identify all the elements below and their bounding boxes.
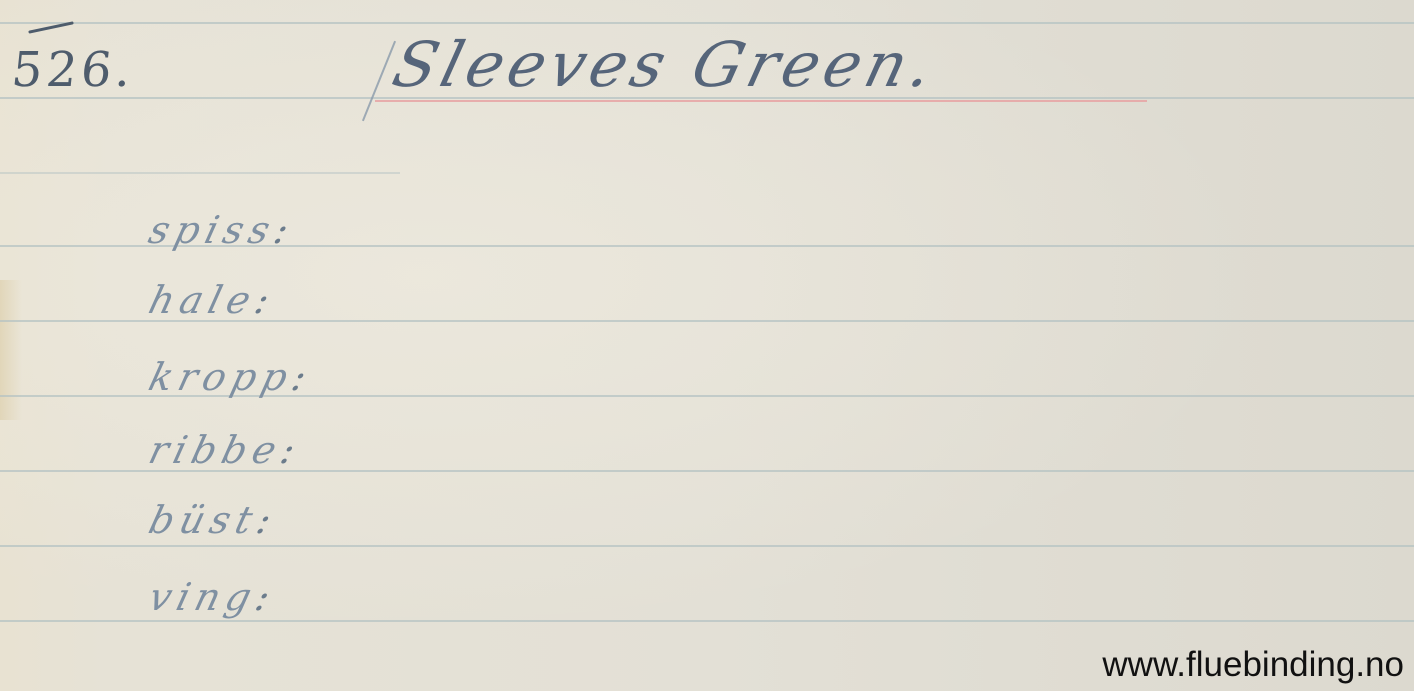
field-label-text: ving xyxy=(145,575,262,619)
ruled-line xyxy=(0,172,400,174)
field-label-hale: hale: xyxy=(145,278,281,322)
ruled-line xyxy=(0,620,1414,622)
website-watermark: www.fluebinding.no xyxy=(1102,645,1404,685)
field-label-text: büst xyxy=(145,498,264,542)
ruled-line xyxy=(0,22,1414,24)
field-label-bust: büst: xyxy=(145,498,282,542)
field-label-text: hale xyxy=(145,278,262,322)
field-label-spiss: spiss: xyxy=(145,208,300,252)
field-label-text: ribbe xyxy=(145,428,287,472)
ruled-line xyxy=(0,545,1414,547)
field-label-ribbe: ribbe: xyxy=(145,428,306,472)
field-label-kropp: kropp: xyxy=(145,355,318,399)
field-label-text: spiss xyxy=(145,208,281,252)
entry-number: 526. xyxy=(9,42,138,98)
notebook-page: 526. Sleeves Green. spiss: hale: kropp: … xyxy=(0,0,1414,691)
field-label-text: kropp xyxy=(145,355,299,399)
pattern-title: Sleeves Green. xyxy=(386,28,945,101)
paper-stain xyxy=(0,280,22,420)
field-label-ving: ving: xyxy=(145,575,281,619)
